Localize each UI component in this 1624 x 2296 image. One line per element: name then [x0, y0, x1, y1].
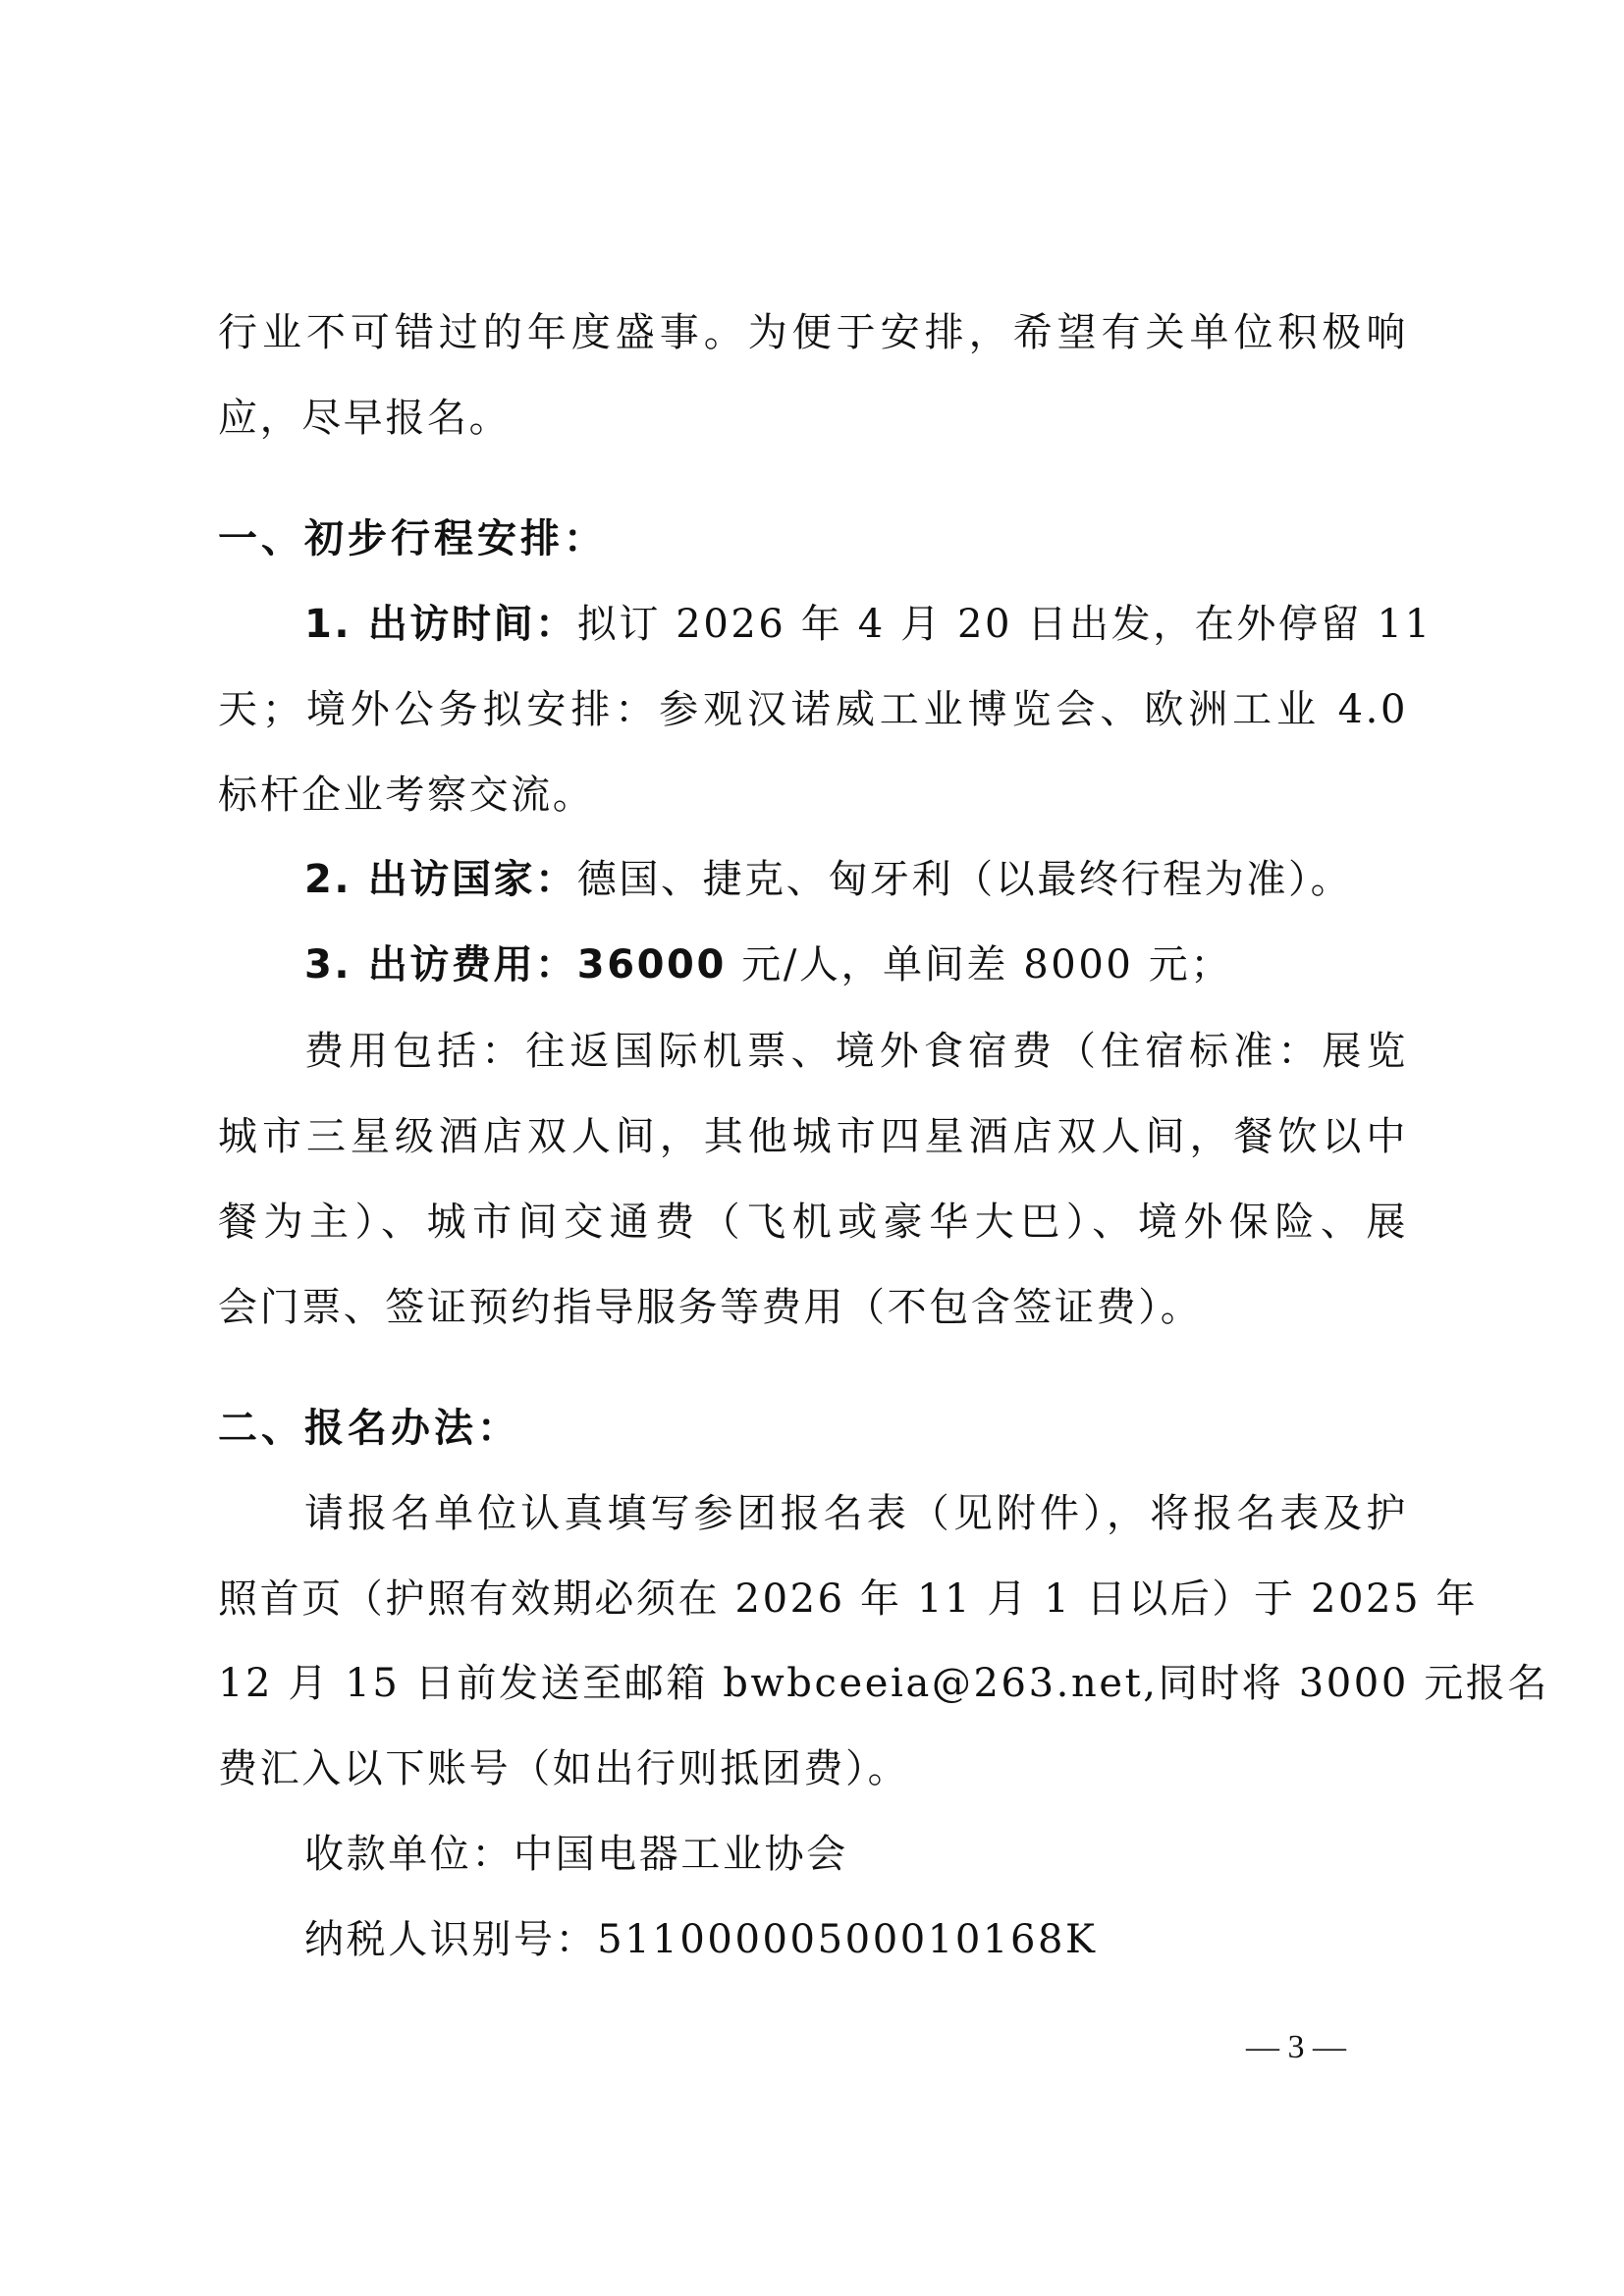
intro-line-1: 行业不可错过的年度盛事。为便于安排，希望有关单位积极响: [218, 303, 1408, 362]
fees-line-2: 城市三星级酒店双人间，其他城市四星酒店双人间，餐饮以中: [218, 1107, 1408, 1166]
registration-line-1: 请报名单位认真填写参团报名表（见附件），将报名表及护: [304, 1484, 1408, 1543]
document-page: 行业不可错过的年度盛事。为便于安排，希望有关单位积极响 应，尽早报名。 一、初步…: [0, 0, 1624, 2296]
section-1-heading: 一、初步行程安排：: [218, 509, 1408, 568]
registration-line-2: 照首页（护照有效期必须在 2026 年 11 月 1 日以后）于 2025 年: [218, 1570, 1408, 1629]
fees-line-3: 餐为主）、城市间交通费（飞机或豪华大巴）、境外保险、展: [218, 1193, 1408, 1252]
item-1-line-3: 标杆企业考察交流。: [218, 766, 1408, 825]
item-1-line-2: 天；境外公务拟安排：参观汉诺威工业博览会、欧洲工业 4.0: [218, 680, 1408, 739]
item-1-label: 1. 出访时间：: [304, 602, 577, 647]
item-3-label: 3. 出访费用：: [304, 942, 577, 988]
item-2-line: 2. 出访国家：德国、捷克、匈牙利（以最终行程为准）。: [304, 850, 1408, 909]
fees-line-1: 费用包括：往返国际机票、境外食宿费（住宿标准：展览: [304, 1022, 1408, 1081]
registration-line-4: 费汇入以下账号（如出行则抵团费）。: [218, 1739, 1408, 1798]
payee-line: 收款单位：中国电器工业协会: [304, 1825, 1408, 1884]
item-1-line-1: 1. 出访时间：拟订 2026 年 4 月 20 日出发，在外停留 11: [304, 595, 1408, 654]
item-2-text: 德国、捷克、匈牙利（以最终行程为准）。: [577, 857, 1352, 902]
item-3-price: 36000: [577, 942, 727, 988]
item-2-label: 2. 出访国家：: [304, 857, 577, 902]
registration-line-3: 12 月 15 日前发送至邮箱 bwbceeia@263.net,同时将 300…: [218, 1654, 1408, 1713]
payee-label: 收款单位：: [304, 1832, 514, 1877]
page-number: — 3 —: [1218, 2028, 1375, 2067]
section-2-heading: 二、报名办法：: [218, 1399, 1408, 1458]
tax-id-line: 纳税人识别号：51100000500010168K: [304, 1910, 1408, 1969]
item-1-text: 拟订 2026 年 4 月 20 日出发，在外停留 11: [577, 602, 1433, 647]
intro-line-2: 应，尽早报名。: [218, 389, 1408, 448]
item-3-line: 3. 出访费用：36000 元/人，单间差 8000 元；: [304, 935, 1408, 994]
item-3-text: 元/人，单间差 8000 元；: [727, 942, 1232, 988]
tax-id-value: 51100000500010168K: [597, 1917, 1097, 1962]
fees-line-4: 会门票、签证预约指导服务等费用（不包含签证费）。: [218, 1278, 1408, 1337]
payee-value: 中国电器工业协会: [514, 1832, 848, 1877]
tax-id-label: 纳税人识别号：: [304, 1917, 597, 1962]
